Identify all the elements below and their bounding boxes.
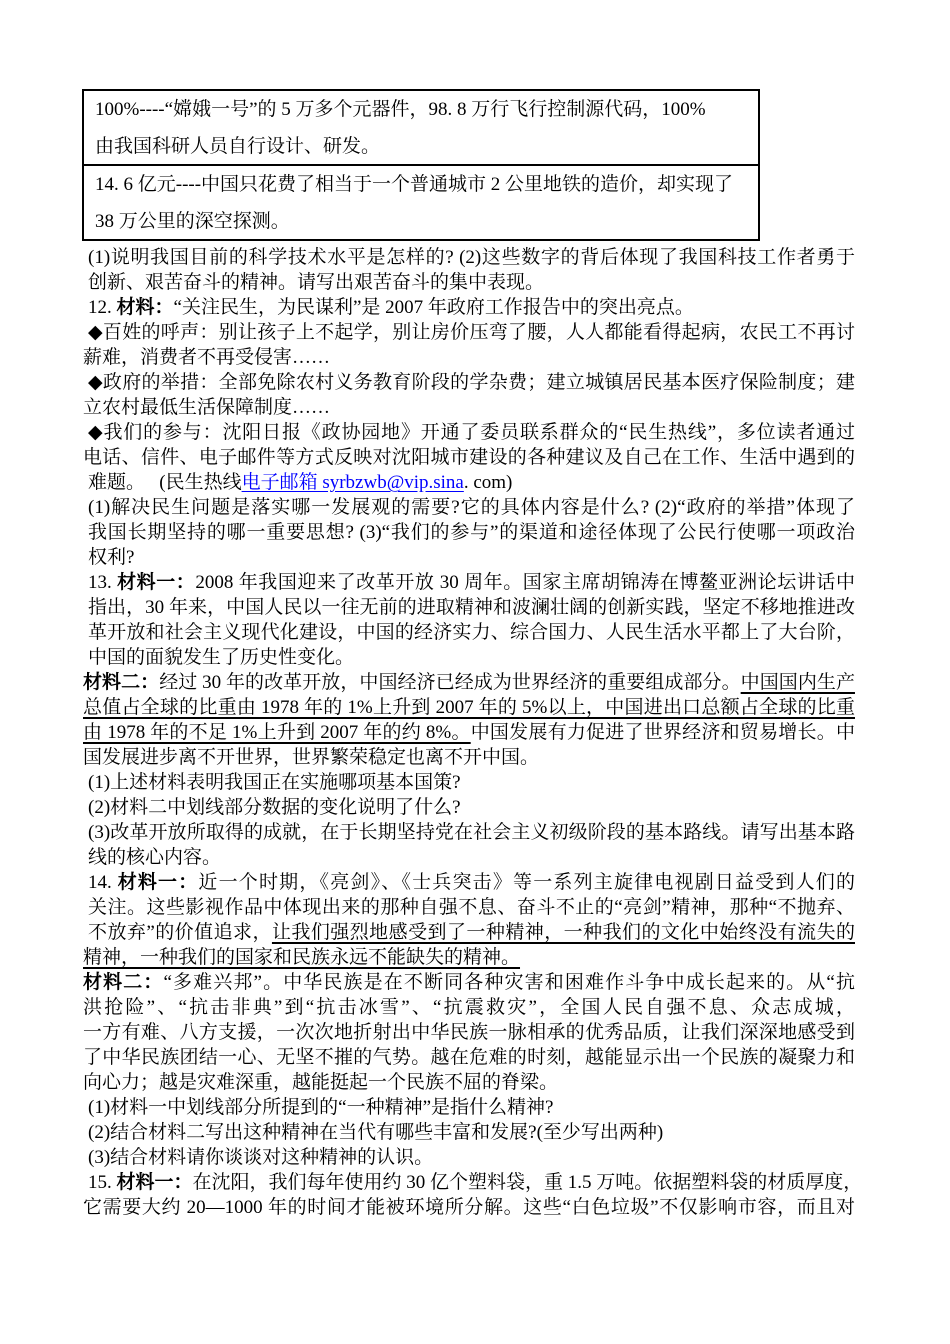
- text-segment: 近一个时期，《亮剑》、《士兵突击》等一系列主旋律电视剧日益受到人们的: [198, 872, 855, 893]
- text-segment: (1)说明我国目前的科学技术水平是怎样的? (2)这些数字的背后体现了我国科技工…: [88, 247, 855, 268]
- text-segment: (3)结合材料请你谈谈对这种精神的认识。: [88, 1147, 433, 1168]
- text-segment: 中国发展有力促进了世界经济和贸易增长。中: [471, 722, 855, 743]
- text-line: 由 1978 年的不足 1%上升到 2007 年的约 8%。中国发展有力促进了世…: [0, 720, 950, 745]
- text-segment: 线的核心内容。: [88, 847, 221, 868]
- exam-document-page: 100%----“嫦娥一号”的 5 万多个元器件，98. 8 万行飞行控制源代码…: [0, 0, 950, 1344]
- text-segment: (3)改革开放所取得的成就，在于长期坚持党在社会主义初级阶段的基本路线。请写出基…: [88, 822, 855, 843]
- table-row: 14. 6 亿元----中国只花费了相当于一个普通城市 2 公里地铁的造价，却实…: [84, 164, 758, 239]
- text-line: 13. 材料一：2008 年我国迎来了改革开放 30 周年。国家主席胡锦涛在博鳌…: [0, 570, 950, 595]
- text-line: 一方有难、八方支援，一次次地折射出中华民族一脉相承的优秀品质，让我们深深地感受到: [0, 1020, 950, 1045]
- text-segment: 了中华民族团结一心、无坚不摧的气势。越在危难的时刻，越能显示出一个民族的凝聚力和: [83, 1047, 855, 1068]
- text-line: 指出，30 年来，中国人民以一往无前的进取精神和波澜壮阔的创新实践，坚定不移地推…: [0, 595, 950, 620]
- email-link[interactable]: 电子邮箱 syrbzwb@vip.sina: [242, 472, 464, 493]
- table-row: 100%----“嫦娥一号”的 5 万多个元器件，98. 8 万行飞行控制源代码…: [84, 91, 758, 164]
- text-segment: 它需要大约 20—1000 年的时间才能被环境所分解。这些“白色垃圾”不仅影响市…: [83, 1197, 855, 1218]
- text-segment: 在沈阳，我们每年使用约 30 亿个塑料袋，重 1.5 万吨。依据塑料袋的材质厚度…: [193, 1172, 863, 1193]
- text-line: 洪抢险”、“抗击非典”到“抗击冰雪”、“抗震救灾”，全国人民自强不息、众志成城，: [0, 995, 950, 1020]
- text-segment: (2)材料二中划线部分数据的变化说明了什么?: [88, 797, 461, 818]
- underlined-text: 中国国内生产: [741, 672, 855, 693]
- text-segment: 我国长期坚持的哪一重要思想? (3)“我们的参与”的渠道和途径体现了公民行使哪一…: [88, 522, 855, 543]
- text-line: 立农村最低生活保障制度……: [0, 395, 950, 420]
- text-segment: ◆我们的参与：沈阳日报《政协园地》开通了委员联系群众的“民生热线”，多位读者通过: [88, 422, 855, 443]
- text-segment: 电话、信件、电子邮件等方式反映对沈阳城市建设的各种建议及自己在工作、生活中遇到的: [83, 447, 855, 468]
- table-cell-line: 38 万公里的深空探测。: [95, 203, 752, 239]
- text-line: (3)改革开放所取得的成就，在于长期坚持党在社会主义初级阶段的基本路线。请写出基…: [0, 820, 950, 845]
- table-cell-line: 14. 6 亿元----中国只花费了相当于一个普通城市 2 公里地铁的造价，却实…: [95, 166, 752, 203]
- text-segment: 权利?: [88, 547, 134, 568]
- text-line: (3)结合材料请你谈谈对这种精神的认识。: [0, 1145, 950, 1170]
- text-line: (1)解决民生问题是落实哪一发展观的需要?它的具体内容是什么? (2)“政府的举…: [0, 495, 950, 520]
- text-line: 权利?: [0, 545, 950, 570]
- material-label: 材料一：: [117, 572, 195, 593]
- text-line: 材料二：“多难兴邦”。中华民族是在不断同各种灾害和困难作斗争中成长起来的。从“抗: [0, 970, 950, 995]
- text-segment: 一方有难、八方支援，一次次地折射出中华民族一脉相承的优秀品质，让我们深深地感受到: [83, 1022, 855, 1043]
- text-segment: 12.: [88, 297, 117, 318]
- text-segment: 洪抢险”、“抗击非典”到“抗击冰雪”、“抗震救灾”，全国人民自强不息、众志成城，: [83, 997, 855, 1018]
- text-segment: (1)上述材料表明我国正在实施哪项基本国策?: [88, 772, 461, 793]
- text-segment: 薪难，消费者不再受侵害……: [83, 347, 330, 368]
- text-segment: 指出，30 年来，中国人民以一往无前的进取精神和波澜壮阔的创新实践，坚定不移地推…: [88, 597, 855, 618]
- text-segment: “多难兴邦”。中华民族是在不断同各种灾害和困难作斗争中成长起来的。从“抗: [163, 972, 855, 993]
- text-segment: ◆政府的举措：全部免除农村义务教育阶段的学杂费；建立城镇居民基本医疗保险制度；建: [88, 372, 855, 393]
- text-line: 了中华民族团结一心、无坚不摧的气势。越在危难的时刻，越能显示出一个民族的凝聚力和: [0, 1045, 950, 1070]
- text-line: 中国的面貌发生了历史性变化。: [0, 645, 950, 670]
- text-line: 材料二：经过 30 年的改革开放，中国经济已经成为世界经济的重要组成部分。中国国…: [0, 670, 950, 695]
- text-line: ◆政府的举措：全部免除农村义务教育阶段的学杂费；建立城镇居民基本医疗保险制度；建: [0, 370, 950, 395]
- underlined-text: 让我们强烈地感受到了一种精神，一种我们的文化中始终没有流失的: [272, 922, 855, 943]
- text-segment: (1)解决民生问题是落实哪一发展观的需要?它的具体内容是什么? (2)“政府的举…: [88, 497, 855, 518]
- text-segment: 向心力；越是灾难深重，越能挺起一个民族不屈的脊梁。: [83, 1072, 558, 1093]
- text-segment: 国发展进步离不开世界，世界繁荣稳定也离不开中国。: [83, 747, 539, 768]
- text-segment: 关注。这些影视作品中体现出来的那种自强不息、奋斗不止的“亮剑”精神，那种“不抛弃…: [88, 897, 855, 918]
- underlined-text: 精神，一种我们的国家和民族永远不能缺失的精神。: [83, 947, 520, 968]
- text-segment: 难题。 (民生热线: [88, 472, 242, 493]
- text-line: 它需要大约 20—1000 年的时间才能被环境所分解。这些“白色垃圾”不仅影响市…: [0, 1195, 950, 1220]
- document-body: (1)说明我国目前的科学技术水平是怎样的? (2)这些数字的背后体现了我国科技工…: [0, 245, 950, 1220]
- text-line: 向心力；越是灾难深重，越能挺起一个民族不屈的脊梁。: [0, 1070, 950, 1095]
- underlined-text: 由 1978 年的不足 1%上升到 2007 年的约 8%。: [83, 722, 471, 743]
- text-segment: (1)材料一中划线部分所提到的“一种精神”是指什么精神?: [88, 1097, 553, 1118]
- text-segment: “关注民生，为民谋利”是 2007 年政府工作报告中的突出亮点。: [174, 297, 694, 318]
- text-line: 线的核心内容。: [0, 845, 950, 870]
- text-line: (2)材料二中划线部分数据的变化说明了什么?: [0, 795, 950, 820]
- material-label: 材料二：: [83, 672, 159, 693]
- text-segment: 15.: [88, 1172, 117, 1193]
- text-segment: 经过 30 年的改革开放，中国经济已经成为世界经济的重要组成部分。: [159, 672, 740, 693]
- text-line: (1)材料一中划线部分所提到的“一种精神”是指什么精神?: [0, 1095, 950, 1120]
- statistics-table: 100%----“嫦娥一号”的 5 万多个元器件，98. 8 万行飞行控制源代码…: [82, 89, 760, 241]
- table-cell-line: 由我国科研人员自行设计、研发。: [95, 128, 752, 164]
- table-cell-line: 100%----“嫦娥一号”的 5 万多个元器件，98. 8 万行飞行控制源代码…: [95, 91, 752, 128]
- text-line: 国发展进步离不开世界，世界繁荣稳定也离不开中国。: [0, 745, 950, 770]
- text-segment: 14.: [88, 872, 118, 893]
- text-line: 薪难，消费者不再受侵害……: [0, 345, 950, 370]
- text-line: (1)说明我国目前的科学技术水平是怎样的? (2)这些数字的背后体现了我国科技工…: [0, 245, 950, 270]
- text-line: 电话、信件、电子邮件等方式反映对沈阳城市建设的各种建议及自己在工作、生活中遇到的: [0, 445, 950, 470]
- text-line: 难题。 (民生热线电子邮箱 syrbzwb@vip.sina. com): [0, 470, 950, 495]
- text-line: 关注。这些影视作品中体现出来的那种自强不息、奋斗不止的“亮剑”精神，那种“不抛弃…: [0, 895, 950, 920]
- text-segment: 立农村最低生活保障制度……: [83, 397, 330, 418]
- text-segment: 中国的面貌发生了历史性变化。: [88, 647, 354, 668]
- text-segment: 不放弃”的价值追求，: [88, 922, 272, 943]
- text-segment: 创新、艰苦奋斗的精神。请写出艰苦奋斗的集中表现。: [88, 272, 544, 293]
- text-line: 我国长期坚持的哪一重要思想? (3)“我们的参与”的渠道和途径体现了公民行使哪一…: [0, 520, 950, 545]
- text-segment: 13.: [88, 572, 117, 593]
- text-line: 创新、艰苦奋斗的精神。请写出艰苦奋斗的集中表现。: [0, 270, 950, 295]
- text-segment: . com): [464, 472, 513, 493]
- text-line: 14. 材料一：近一个时期，《亮剑》、《士兵突击》等一系列主旋律电视剧日益受到人…: [0, 870, 950, 895]
- text-line: 15. 材料一：在沈阳，我们每年使用约 30 亿个塑料袋，重 1.5 万吨。依据…: [0, 1170, 950, 1195]
- text-segment: ◆百姓的呼声：别让孩子上不起学，别让房价压弯了腰，人人都能看得起病，农民工不再讨: [88, 322, 855, 343]
- text-line: 精神，一种我们的国家和民族永远不能缺失的精神。: [0, 945, 950, 970]
- text-line: 12. 材料：“关注民生，为民谋利”是 2007 年政府工作报告中的突出亮点。: [0, 295, 950, 320]
- text-line: (2)结合材料二写出这种精神在当代有哪些丰富和发展?(至少写出两种): [0, 1120, 950, 1145]
- text-segment: (2)结合材料二写出这种精神在当代有哪些丰富和发展?(至少写出两种): [88, 1122, 663, 1143]
- material-label: 材料：: [117, 297, 174, 318]
- text-segment: 2008 年我国迎来了改革开放 30 周年。国家主席胡锦涛在博鳌亚洲论坛讲话中: [195, 572, 855, 593]
- text-line: ◆我们的参与：沈阳日报《政协园地》开通了委员联系群众的“民生热线”，多位读者通过: [0, 420, 950, 445]
- material-label: 材料一：: [117, 1172, 193, 1193]
- text-line: 不放弃”的价值追求，让我们强烈地感受到了一种精神，一种我们的文化中始终没有流失的: [0, 920, 950, 945]
- underlined-text: 总值占全球的比重由 1978 年的 1%上升到 2007 年的 5%以上，中国进…: [83, 697, 855, 718]
- material-label: 材料二：: [83, 972, 163, 993]
- text-line: ◆百姓的呼声：别让孩子上不起学，别让房价压弯了腰，人人都能看得起病，农民工不再讨: [0, 320, 950, 345]
- text-line: 总值占全球的比重由 1978 年的 1%上升到 2007 年的 5%以上，中国进…: [0, 695, 950, 720]
- text-line: (1)上述材料表明我国正在实施哪项基本国策?: [0, 770, 950, 795]
- text-line: 革开放和社会主义现代化建设，中国的经济实力、综合国力、人民生活水平都上了大台阶，: [0, 620, 950, 645]
- material-label: 材料一：: [118, 872, 199, 893]
- text-segment: 革开放和社会主义现代化建设，中国的经济实力、综合国力、人民生活水平都上了大台阶，: [88, 622, 855, 643]
